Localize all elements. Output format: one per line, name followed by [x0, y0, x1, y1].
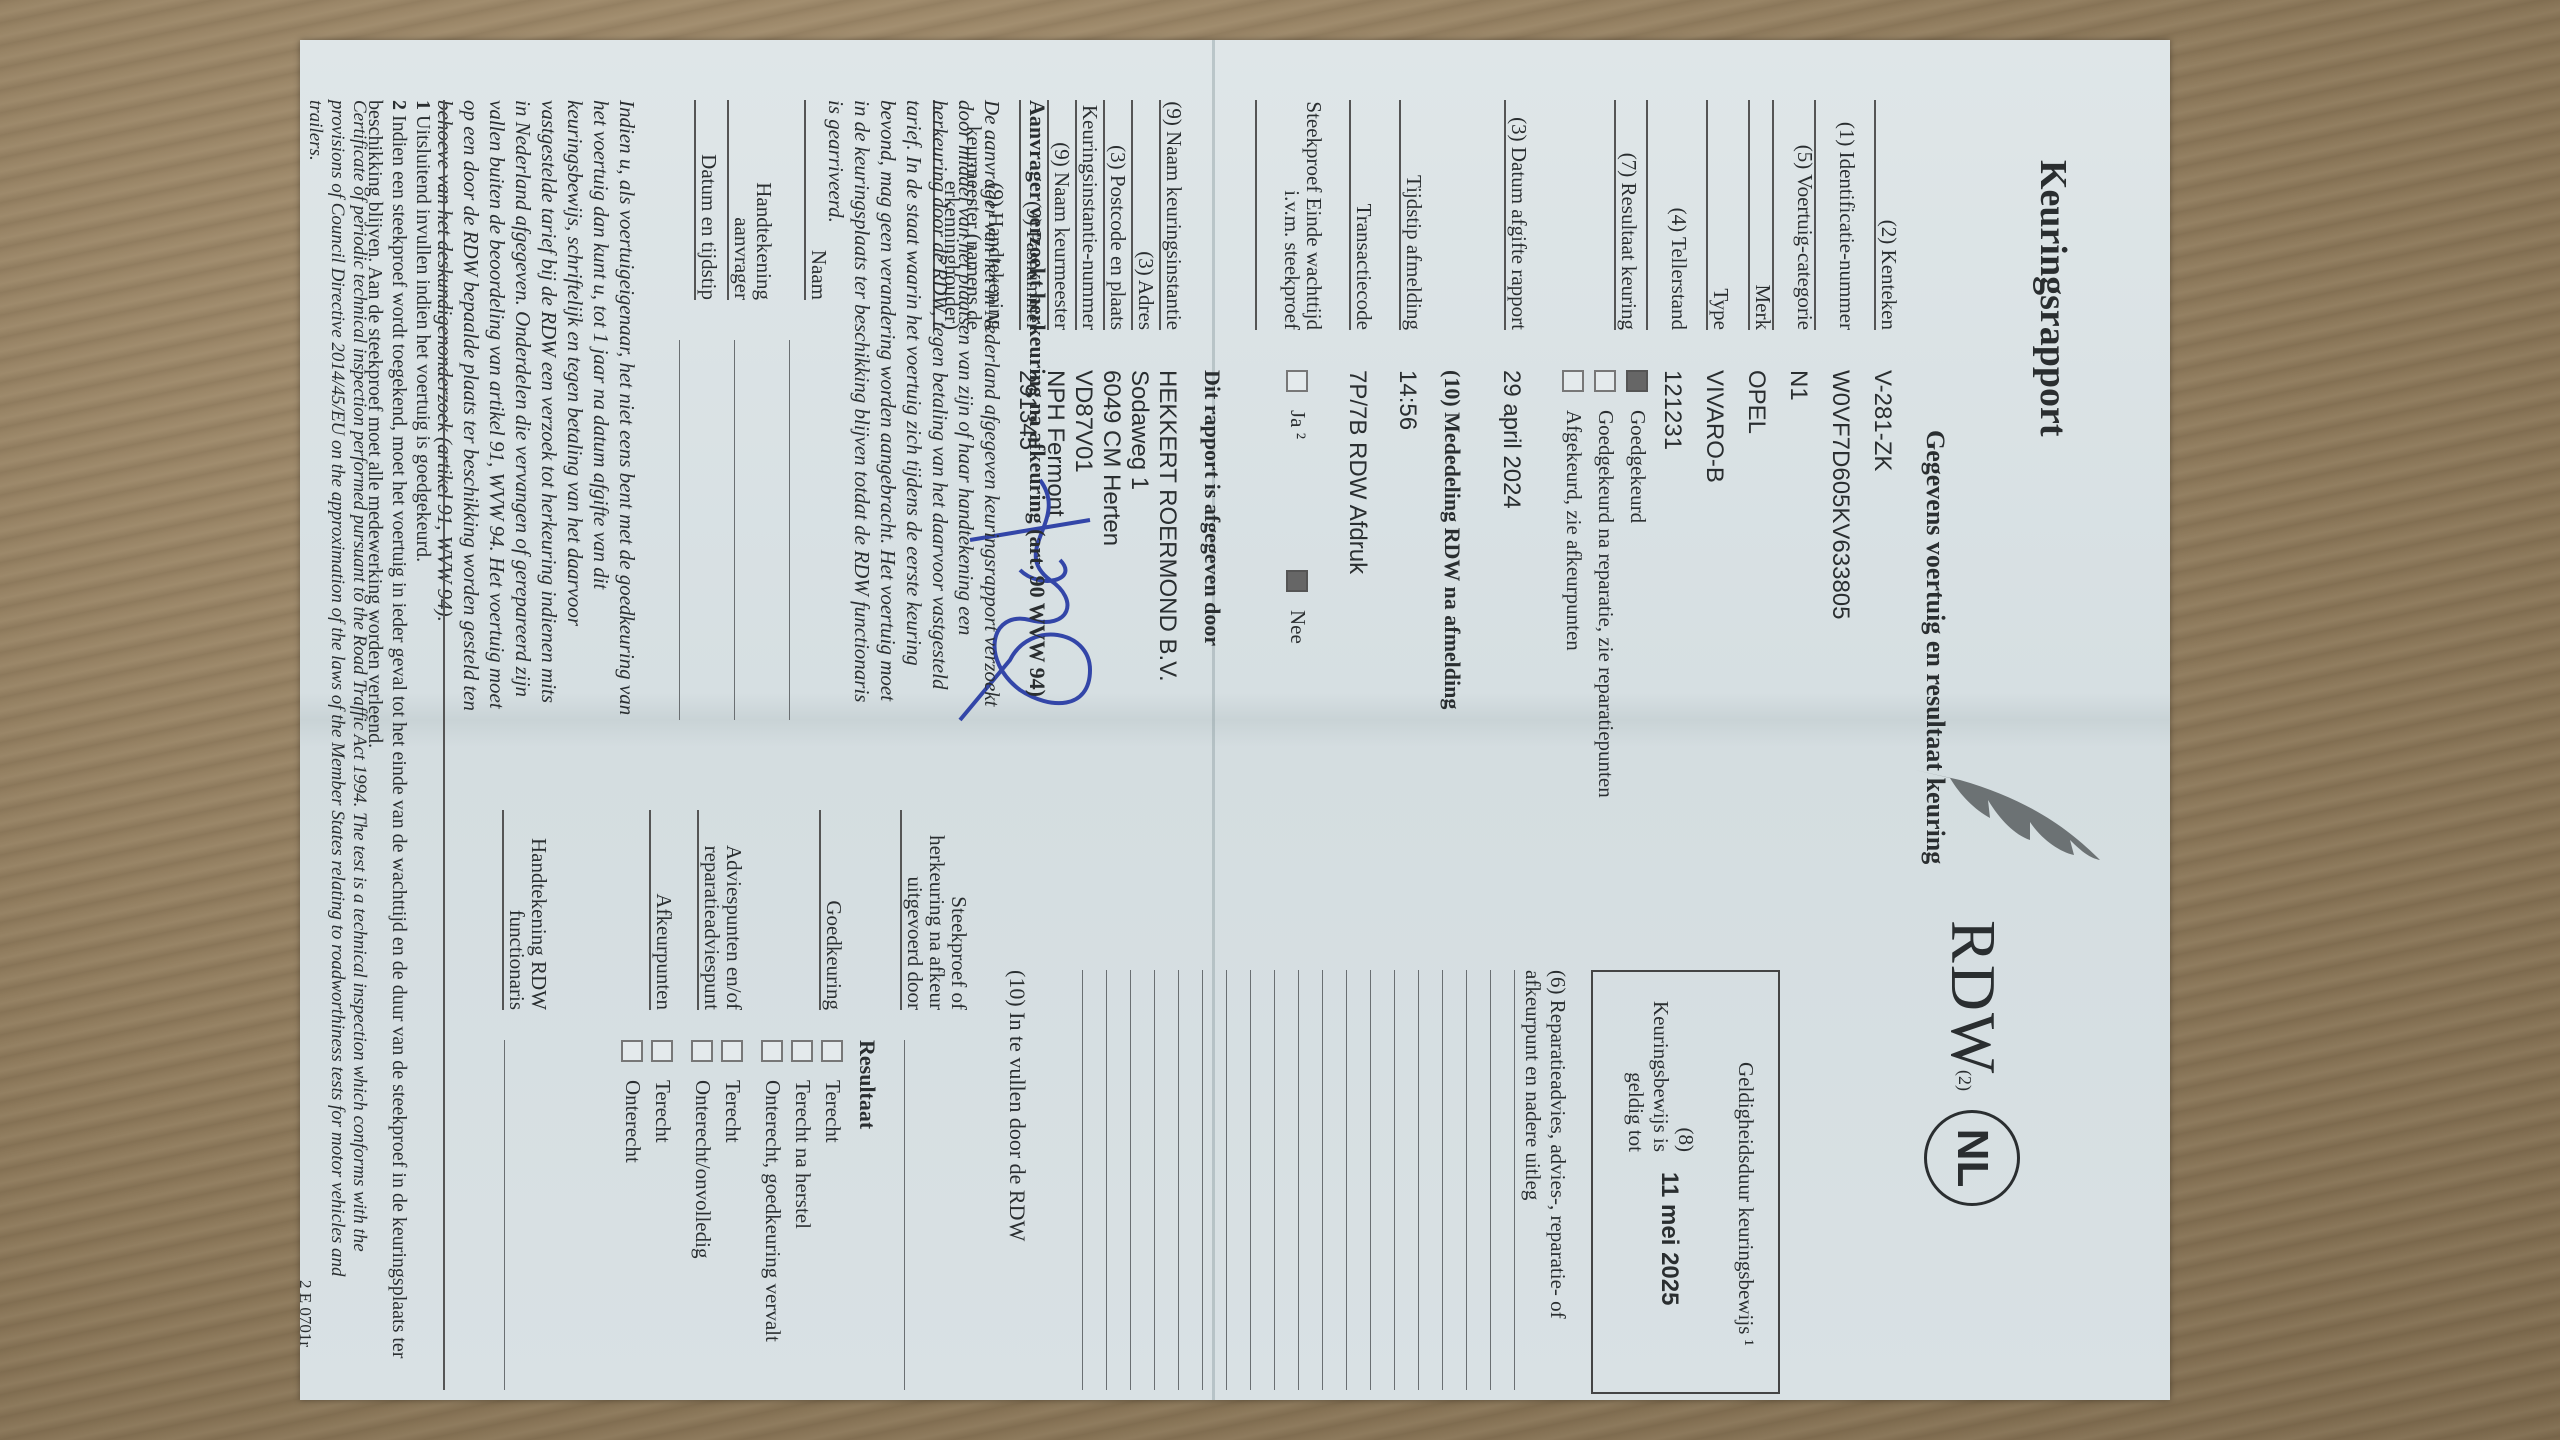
checkbox-label: Ja ² — [1285, 410, 1310, 439]
write-line[interactable] — [1106, 970, 1107, 1390]
checkbox-label: Terecht — [720, 1080, 745, 1143]
field-label: Transactiecode — [1349, 100, 1375, 330]
result-option[interactable]: Terecht — [820, 1040, 845, 1143]
field-value: W0VF7D605KV633805 — [1826, 370, 1854, 620]
write-line[interactable] — [1298, 970, 1299, 1390]
field-label: Handtekening aanvrager — [727, 100, 775, 300]
steekproef-yes[interactable]: Ja ² — [1285, 370, 1310, 439]
field-label: (4) Tellerstand — [1646, 100, 1690, 330]
checkbox[interactable] — [652, 1040, 674, 1062]
field-label: Merk — [1748, 100, 1774, 330]
write-line[interactable] — [1442, 970, 1443, 1390]
checkbox[interactable] — [792, 1040, 814, 1062]
group-label: Adviespunten en/of reparatieadviespunt — [697, 810, 745, 1010]
input-line[interactable] — [789, 340, 790, 720]
field-label: Datum en tijdstip — [694, 100, 720, 300]
write-line[interactable] — [1370, 970, 1371, 1390]
field-label: (3) Adres — [1131, 100, 1157, 330]
write-line[interactable] — [1154, 970, 1155, 1390]
rdw-notice-heading: (10) Mededeling RDW na afmelding — [1439, 370, 1465, 709]
write-line[interactable] — [1202, 970, 1203, 1390]
result-option[interactable]: Goedgekeurd na reparatie, zie reparatiep… — [1593, 370, 1618, 798]
owner-note: Indien u, als voertuigeigenaar, het niet… — [432, 100, 640, 720]
steekproef-label: Steekproef Einde wachttijd i.v.m. steekp… — [1255, 100, 1325, 330]
result-option[interactable]: Terecht na herstel — [790, 1040, 815, 1229]
field-value: OPEL — [1742, 370, 1770, 434]
write-line[interactable] — [1322, 970, 1323, 1390]
input-line[interactable] — [679, 340, 680, 720]
checkbox[interactable] — [722, 1040, 744, 1062]
field-label: (9) Naam keurmeester — [1047, 100, 1073, 330]
result-option[interactable]: Terecht — [720, 1040, 745, 1143]
checkbox-label: Afgekeurd, zie afkeurpunten — [1561, 410, 1586, 651]
result-option[interactable]: Goedgekeurd — [1625, 370, 1650, 523]
footnote-number: 1 — [412, 100, 434, 115]
write-line[interactable] — [1418, 970, 1419, 1390]
paper-fold — [1212, 40, 1215, 1400]
checkbox[interactable] — [1595, 370, 1617, 392]
page-title: Keuringsrapport — [2031, 160, 2075, 437]
result-option[interactable]: Onterecht/onvolledig — [690, 1040, 715, 1258]
write-line[interactable] — [1226, 970, 1227, 1390]
validity-date: 11 mei 2025 — [1655, 1172, 1683, 1305]
field-value: 7P/7B RDW Afdruk — [1343, 370, 1371, 574]
field-label: Keuringsinstantie-nummer — [1075, 100, 1101, 330]
validity-box: Geldigheidsduur keuringsbewijs ¹ (8) Keu… — [1591, 970, 1780, 1394]
field-label: Type — [1706, 100, 1732, 330]
write-line[interactable] — [1514, 970, 1515, 1390]
date-label: (3) Datum afgifte rapport — [1504, 100, 1530, 330]
checkbox-label: Onterecht/onvolledig — [690, 1080, 715, 1258]
repair-advice-heading: (6) Reparatieadvies, advies-, reparatie-… — [1520, 970, 1570, 1400]
checkbox-label: Terecht — [650, 1080, 675, 1143]
write-line[interactable] — [1490, 970, 1491, 1390]
performed-by-label: Steekproef of herkeuring na afkeur uitge… — [900, 810, 970, 1010]
group-label: Goedkeuring — [819, 810, 845, 1010]
issuer-heading: Dit rapport is afgegeven door — [1199, 370, 1225, 646]
field-value: VIVARO-B — [1700, 370, 1728, 483]
field-label: (2) Kenteken — [1874, 100, 1900, 330]
reinspection-heading: Aanvrager verzoekt herkeuring na afkeuri… — [1024, 100, 1050, 697]
write-line[interactable] — [1082, 970, 1083, 1390]
certificate-text: Certificate of periodic technical inspec… — [304, 100, 370, 1330]
field-value: N1 — [1784, 370, 1812, 401]
field-label: (9) Naam keuringsinstantie — [1159, 100, 1185, 330]
checkbox-label: Onterecht — [620, 1080, 645, 1163]
write-line[interactable] — [1346, 970, 1347, 1390]
checkbox[interactable] — [622, 1040, 644, 1062]
footnote-number: 2 — [388, 100, 410, 115]
checkbox[interactable] — [692, 1040, 714, 1062]
inspection-report-sheet: Keuringsrapport RDW (2) NL Gegevens voer… — [300, 40, 2170, 1400]
result-option[interactable]: Terecht — [650, 1040, 675, 1143]
checkbox-label: Onterecht, goedkeuring vervalt — [760, 1080, 785, 1342]
field-label: Tijdstip afmelding — [1399, 100, 1425, 330]
field-label: (1) Identificatie-nummer — [1814, 100, 1858, 330]
input-line[interactable] — [734, 340, 735, 720]
write-line[interactable] — [1394, 970, 1395, 1390]
field-value: 14:56 — [1393, 370, 1421, 430]
logo-footnote: (2) — [1954, 1070, 1975, 1091]
rdw-logo-text: RDW — [1936, 920, 2010, 1075]
checkbox[interactable] — [1287, 370, 1309, 392]
date-value: 29 april 2024 — [1497, 370, 1525, 509]
checkbox[interactable] — [1563, 370, 1585, 392]
result-option[interactable]: Onterecht — [620, 1040, 645, 1163]
checkbox[interactable] — [762, 1040, 784, 1062]
validity-heading: Geldigheidsduur keuringsbewijs ¹ — [1733, 1062, 1758, 1346]
checkbox[interactable] — [1627, 370, 1649, 392]
checkbox-label: Terecht na herstel — [790, 1080, 815, 1229]
country-badge: NL — [1924, 1110, 2020, 1206]
footnotes: 1 Uitsluitend invullen indien het voertu… — [363, 100, 435, 1390]
result-option[interactable]: Onterecht, goedkeuring vervalt — [760, 1040, 785, 1342]
section-heading: Gegevens voertuig en resultaat keuring — [1920, 430, 1950, 864]
field-value: V-281-ZK — [1868, 370, 1896, 471]
field-value: 121231 — [1658, 370, 1686, 450]
validity-label: (8) Keuringsbewijs is geldig tot — [1623, 992, 1698, 1152]
result-option[interactable]: Afgekeurd, zie afkeurpunten — [1561, 370, 1586, 651]
rdw-section-heading: (10) In te vullen door de RDW — [1004, 970, 1030, 1390]
field-value: HEKKERT ROERMOND B.V. — [1153, 370, 1181, 682]
steekproef-no[interactable]: Nee — [1285, 570, 1310, 644]
footnote: 2 Indien een steekproef wordt toegekend,… — [363, 100, 411, 1390]
field-value: VD87V01 — [1069, 370, 1097, 473]
field-label: (3) Postcode en plaats — [1103, 100, 1129, 330]
write-line[interactable] — [1250, 970, 1251, 1390]
write-line[interactable] — [1130, 970, 1131, 1390]
footnote: 1 Uitsluitend invullen indien het voertu… — [411, 100, 435, 1390]
group-label: Afkeurpunten — [649, 810, 675, 1010]
form-code: 2 E 0701r — [295, 1280, 315, 1347]
checkbox[interactable] — [822, 1040, 844, 1062]
checkbox-label: Goedgekeurd na reparatie, zie reparatiep… — [1593, 410, 1618, 798]
result-label: (7) Resultaat keuring — [1614, 100, 1640, 330]
write-line[interactable] — [1466, 970, 1467, 1390]
rdw-signature-label: Handtekening RDW functionaris — [502, 810, 550, 1010]
write-line[interactable] — [1178, 970, 1179, 1390]
checkbox-label: Goedgekeurd — [1625, 410, 1650, 523]
checkbox-label: Nee — [1285, 610, 1310, 644]
field-label: (5) Voertuig-categorie — [1772, 100, 1816, 330]
field-label: Naam — [804, 100, 830, 300]
checkbox-label: Terecht — [820, 1080, 845, 1143]
write-line[interactable] — [1274, 970, 1275, 1390]
result-heading: Resultaat — [854, 1040, 880, 1129]
reinspection-body: De aanvrager van het in Nederland afgege… — [823, 100, 1005, 720]
checkbox[interactable] — [1287, 570, 1309, 592]
